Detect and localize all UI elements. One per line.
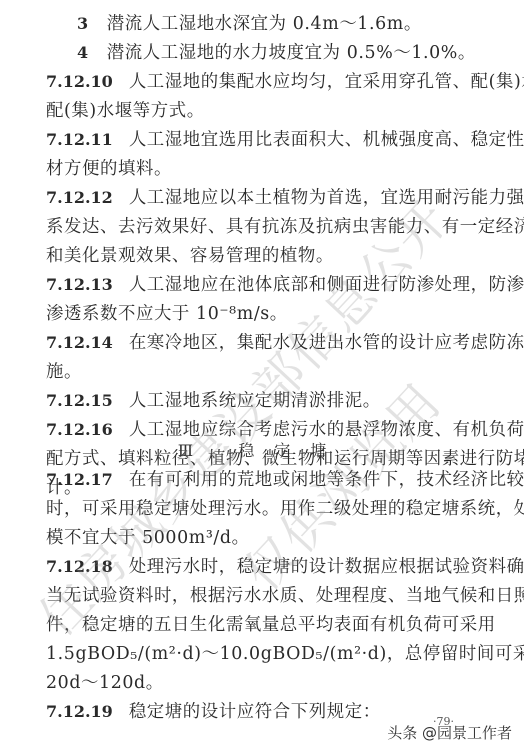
clause-continuation: 施。 <box>46 360 494 384</box>
clause-text: 处理污水时，稳定塘的设计数据应根据试验资料确定； <box>129 557 524 577</box>
clause-line: 7.12.10人工湿地的集配水应均匀，宜采用穿孔管、配(集)水管、 <box>46 70 494 94</box>
clause-continuation: 和美化景观效果、容易管理的植物。 <box>46 244 494 268</box>
clause-continuation: 材方便的填料。 <box>46 157 494 181</box>
document-page: 3潜流人工湿地水深宜为 0.4m～1.6m。 4潜流人工湿地的水力坡度宜为 0.… <box>0 0 524 755</box>
clause-number: 7.12.12 <box>46 188 113 207</box>
clause-number: 7.12.17 <box>46 470 113 489</box>
clause-text: 人工湿地应以本土植物为首选，宜选用耐污能力强、根 <box>129 188 524 208</box>
clause-continuation: 渗透系数不应大于 10⁻⁸m/s。 <box>46 302 494 326</box>
clause-number: 7.12.19 <box>46 702 113 721</box>
clause-number: 7.12.16 <box>46 420 113 439</box>
clause-text: 人工湿地的集配水应均匀，宜采用穿孔管、配(集)水管、 <box>129 72 524 92</box>
clause-line: 7.12.18处理污水时，稳定塘的设计数据应根据试验资料确定； <box>46 555 494 579</box>
clause-text: 人工湿地系统应定期清淤排泥。 <box>129 391 381 411</box>
clause-continuation: 系发达、去污效果好、具有抗冻及抗病虫害能力、有一定经济价值 <box>46 215 494 239</box>
clause-continuation: 时，可采用稳定塘处理污水。用作二级处理的稳定塘系统，处理规 <box>46 497 494 521</box>
section-heading: Ⅲ 稳定塘 <box>0 439 524 463</box>
clause-continuation: 1.5gBOD₅/(m²·d)～10.0gBOD₅/(m²·d)，总停留时间可采… <box>46 642 494 666</box>
clause-number: 7.12.13 <box>46 275 113 294</box>
clause-line: 7.12.14在寒冷地区，集配水及进出水管的设计应考虑防冻措 <box>46 331 494 355</box>
clause-text: 人工湿地宜选用比表面积大、机械强度高、稳定性好、取 <box>129 130 524 150</box>
clause-text: 在有可利用的荒地或闲地等条件下，技术经济比较合理 <box>129 470 524 490</box>
clause-continuation: 模不宜大于 5000m³/d。 <box>46 526 494 550</box>
item-text: 潜流人工湿地水深宜为 0.4m～1.6m。 <box>107 14 422 34</box>
clause-text: 稳定塘的设计应符合下列规定： <box>129 702 381 722</box>
footer-brand: 头条 @园景工作者 <box>387 722 512 743</box>
list-item: 4潜流人工湿地的水力坡度宜为 0.5%～1.0%。 <box>77 41 494 65</box>
clause-text: 人工湿地应综合考虑污水的悬浮物浓度、有机负荷、投 <box>129 420 524 440</box>
clause-line: 7.12.19稳定塘的设计应符合下列规定： <box>46 700 494 724</box>
item-number: 4 <box>77 43 89 62</box>
clause-line: 7.12.11人工湿地宜选用比表面积大、机械强度高、稳定性好、取 <box>46 128 494 152</box>
clause-number: 7.12.15 <box>46 391 113 410</box>
clause-line: 7.12.13人工湿地应在池体底部和侧面进行防渗处理，防渗层的 <box>46 273 494 297</box>
clause-line: 7.12.12人工湿地应以本土植物为首选，宜选用耐污能力强、根 <box>46 186 494 210</box>
clause-line: 7.12.15人工湿地系统应定期清淤排泥。 <box>46 389 494 413</box>
clause-number: 7.12.14 <box>46 333 113 352</box>
item-text: 潜流人工湿地的水力坡度宜为 0.5%～1.0%。 <box>107 43 476 63</box>
item-number: 3 <box>77 14 89 33</box>
clause-continuation: 配(集)水堰等方式。 <box>46 99 494 123</box>
clause-number: 7.12.10 <box>46 72 113 91</box>
clause-number: 7.12.18 <box>46 557 113 576</box>
clause-text: 人工湿地应在池体底部和侧面进行防渗处理，防渗层的 <box>129 275 524 295</box>
clause-line: 7.12.17在有可利用的荒地或闲地等条件下，技术经济比较合理 <box>46 468 494 492</box>
clause-continuation: 当无试验资料时，根据污水水质、处理程度、当地气候和日照等条 <box>46 584 494 608</box>
clause-number: 7.12.11 <box>46 130 113 149</box>
clause-continuation: 20d～120d。 <box>46 671 494 695</box>
clause-continuation: 件，稳定塘的五日生化需氧量总平均表面有机负荷可采用 <box>46 613 494 637</box>
clause-text: 在寒冷地区，集配水及进出水管的设计应考虑防冻措 <box>129 333 524 353</box>
list-item: 3潜流人工湿地水深宜为 0.4m～1.6m。 <box>77 12 494 36</box>
